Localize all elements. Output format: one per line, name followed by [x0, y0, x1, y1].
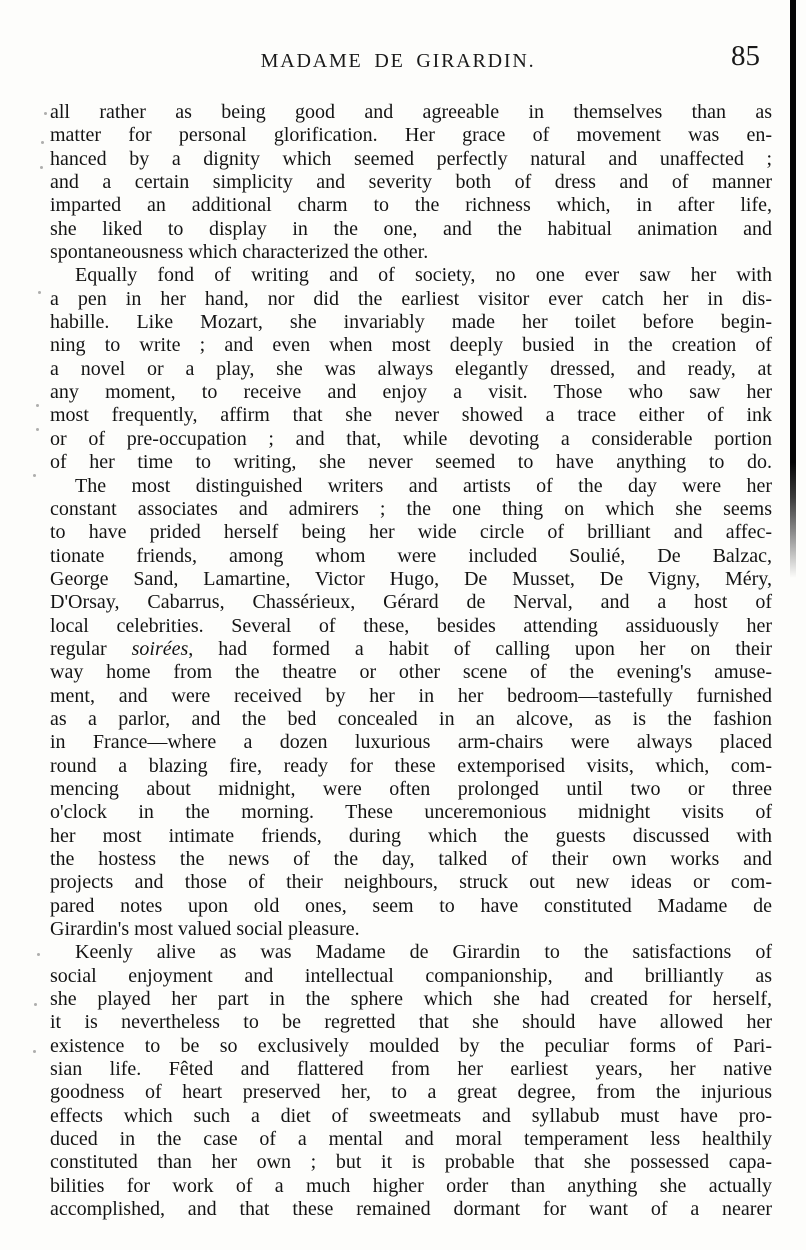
paragraph: all rather as being good and agreeable i… — [50, 101, 772, 264]
text-line: The most distinguished writers and artis… — [50, 475, 772, 498]
body-text: all rather as being good and agreeable i… — [50, 101, 772, 1222]
text-line: George Sand, Lamartine, Victor Hugo, De … — [50, 568, 772, 591]
text-line: mencing about midnight, were often prolo… — [50, 778, 772, 801]
text-line: and a certain simplicity and severity bo… — [50, 171, 772, 194]
text-line: any moment, to receive and enjoy a visit… — [50, 381, 772, 404]
text-line: spontaneousness which characterized the … — [50, 241, 772, 264]
scan-speck — [36, 428, 39, 431]
paragraph: Equally fond of writing and of society, … — [50, 264, 772, 474]
text-line: Equally fond of writing and of society, … — [50, 264, 772, 287]
text-line: tionate friends, among whom were include… — [50, 545, 772, 568]
text-line: most frequently, affirm that she never s… — [50, 404, 772, 427]
text-line: goodness of heart preserved her, to a gr… — [50, 1081, 772, 1104]
text-line: in France—where a dozen luxurious arm-ch… — [50, 731, 772, 754]
text-line: her most intimate friends, during which … — [50, 825, 772, 848]
text-line: pared notes upon old ones, seem to have … — [50, 895, 772, 918]
text-line: accomplished, and that these remained do… — [50, 1198, 772, 1221]
page-number: 85 — [731, 40, 760, 73]
text-line: or of pre-occupation ; and that, while d… — [50, 428, 772, 451]
text-line: regular soirées, had formed a habit of c… — [50, 638, 772, 661]
text-line: way home from the theatre or other scene… — [50, 661, 772, 684]
text-line: ning to write ; and even when most deepl… — [50, 334, 772, 357]
text-line: constant associates and admirers ; the o… — [50, 498, 772, 521]
scan-speck — [33, 1050, 36, 1053]
text-line: as a parlor, and the bed concealed in an… — [50, 708, 772, 731]
text-line: ment, and were received by her in her be… — [50, 685, 772, 708]
text-line: Girardin's most valued social pleasure. — [50, 918, 772, 941]
scan-speck — [38, 291, 41, 294]
text-line: to have prided herself being her wide ci… — [50, 521, 772, 544]
scan-speck — [41, 141, 44, 144]
paragraph: Keenly alive as was Madame de Girardin t… — [50, 941, 772, 1221]
scan-speck — [36, 404, 39, 407]
scan-edge-artifact — [790, 0, 796, 578]
paragraph: The most distinguished writers and artis… — [50, 475, 772, 942]
text-line: round a blazing fire, ready for these ex… — [50, 755, 772, 778]
text-line: the hostess the news of the day, talked … — [50, 848, 772, 871]
text-line: all rather as being good and agreeable i… — [50, 101, 772, 124]
text-line: she played her part in the sphere which … — [50, 988, 772, 1011]
text-line: D'Orsay, Cabarrus, Chassérieux, Gérard d… — [50, 591, 772, 614]
text-line: duced in the case of a mental and moral … — [50, 1128, 772, 1151]
text-line: existence to be so exclusively moulded b… — [50, 1035, 772, 1058]
scan-speck — [34, 1003, 37, 1006]
text-line: social enjoyment and intellectual compan… — [50, 965, 772, 988]
text-line: matter for personal glorification. Her g… — [50, 124, 772, 147]
text-line: Keenly alive as was Madame de Girardin t… — [50, 941, 772, 964]
text-line: o'clock in the morning. These unceremoni… — [50, 801, 772, 824]
scan-speck — [33, 474, 36, 477]
text-line: of her time to writing, she never seemed… — [50, 451, 772, 474]
text-line: habille. Like Mozart, she invariably mad… — [50, 311, 772, 334]
scan-speck — [37, 953, 40, 956]
text-line: imparted an additional charm to the rich… — [50, 194, 772, 217]
text-line: hanced by a dignity which seemed perfect… — [50, 148, 772, 171]
text-line: bilities for work of a much higher order… — [50, 1175, 772, 1198]
text-line: constituted than her own ; but it is pro… — [50, 1151, 772, 1174]
text-line: projects and those of their neighbours, … — [50, 871, 772, 894]
text-line: sian life. Fêted and flattered from her … — [50, 1058, 772, 1081]
italic-word: soirées — [132, 638, 189, 660]
text-line: a novel or a play, she was always elegan… — [50, 358, 772, 381]
text-line: it is nevertheless to be regretted that … — [50, 1011, 772, 1034]
text-line: local celebrities. Several of these, bes… — [50, 615, 772, 638]
scan-speck — [44, 112, 47, 115]
text-line: a pen in her hand, nor did the earliest … — [50, 288, 772, 311]
scan-speck — [40, 166, 43, 169]
running-header-title: MADAME DE GIRARDIN. — [261, 50, 536, 73]
text-line: effects which such a diet of sweetmeats … — [50, 1105, 772, 1128]
text-line: she liked to display in the one, and the… — [50, 218, 772, 241]
book-page: MADAME DE GIRARDIN. 85 all rather as bei… — [0, 0, 806, 1250]
